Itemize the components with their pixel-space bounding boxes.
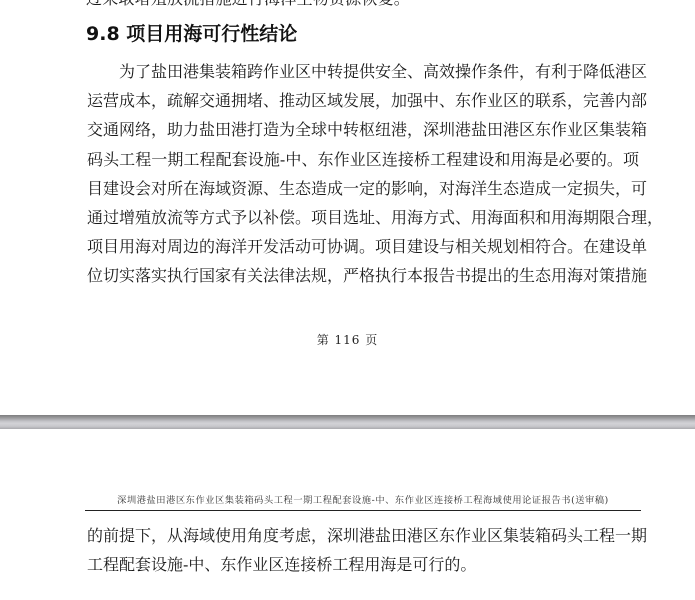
paragraph-line: 运营成本，疏解交通拥堵、推动区域发展，加强中、东作业区的联系，完善内部 bbox=[87, 86, 639, 115]
paragraph-line: 目建设会对所在海域资源、生态造成一定的影响，对海洋生态造成一定损失，可 bbox=[87, 174, 639, 203]
paragraph-line: 的前提下，从海域使用角度考虑，深圳港盐田港区东作业区集装箱码头工程一期 bbox=[87, 521, 639, 550]
page-number: 第 116 页 bbox=[0, 332, 695, 348]
paragraph-line: 码头工程一期工程配套设施-中、东作业区连接桥工程建设和用海是必要的。项 bbox=[87, 145, 639, 174]
paragraph-line: 通过增殖放流等方式予以补偿。项目选址、用海方式、用海面积和用海期限合理， bbox=[87, 203, 639, 232]
paragraph-line: 交通网络，助力盐田港打造为全球中转枢纽港，深圳港盐田港区东作业区集装箱 bbox=[87, 115, 639, 144]
document-page-116: 过采取增殖放流措施进行海洋生物资源恢复。 9.8 项目用海可行性结论 为了盐田港… bbox=[0, 0, 695, 415]
cut-off-text-line: 过采取增殖放流措施进行海洋生物资源恢复。 bbox=[86, 0, 410, 7]
paragraph-line: 为了盐田港集装箱跨作业区中转提供安全、高效操作条件，有利于降低港区 bbox=[87, 57, 639, 86]
continued-paragraph: 的前提下，从海域使用角度考虑，深圳港盐田港区东作业区集装箱码头工程一期 工程配套… bbox=[87, 521, 639, 579]
conclusion-paragraph: 为了盐田港集装箱跨作业区中转提供安全、高效操作条件，有利于降低港区 运营成本，疏… bbox=[87, 57, 639, 291]
section-heading: 9.8 项目用海可行性结论 bbox=[86, 22, 297, 46]
paragraph-line: 位切实落实执行国家有关法律法规，严格执行本报告书提出的生态用海对策措施 bbox=[87, 261, 639, 290]
running-header: 深圳港盐田港区东作业区集装箱码头工程一期工程配套设施-中、东作业区连接桥工程海域… bbox=[85, 494, 641, 511]
paragraph-line-last: 工程配套设施-中、东作业区连接桥工程用海是可行的。 bbox=[87, 550, 639, 579]
page-separator bbox=[0, 415, 695, 429]
paragraph-line: 项目用海对周边的海洋开发活动可协调。项目建设与相关规划相符合。在建设单 bbox=[87, 232, 639, 261]
